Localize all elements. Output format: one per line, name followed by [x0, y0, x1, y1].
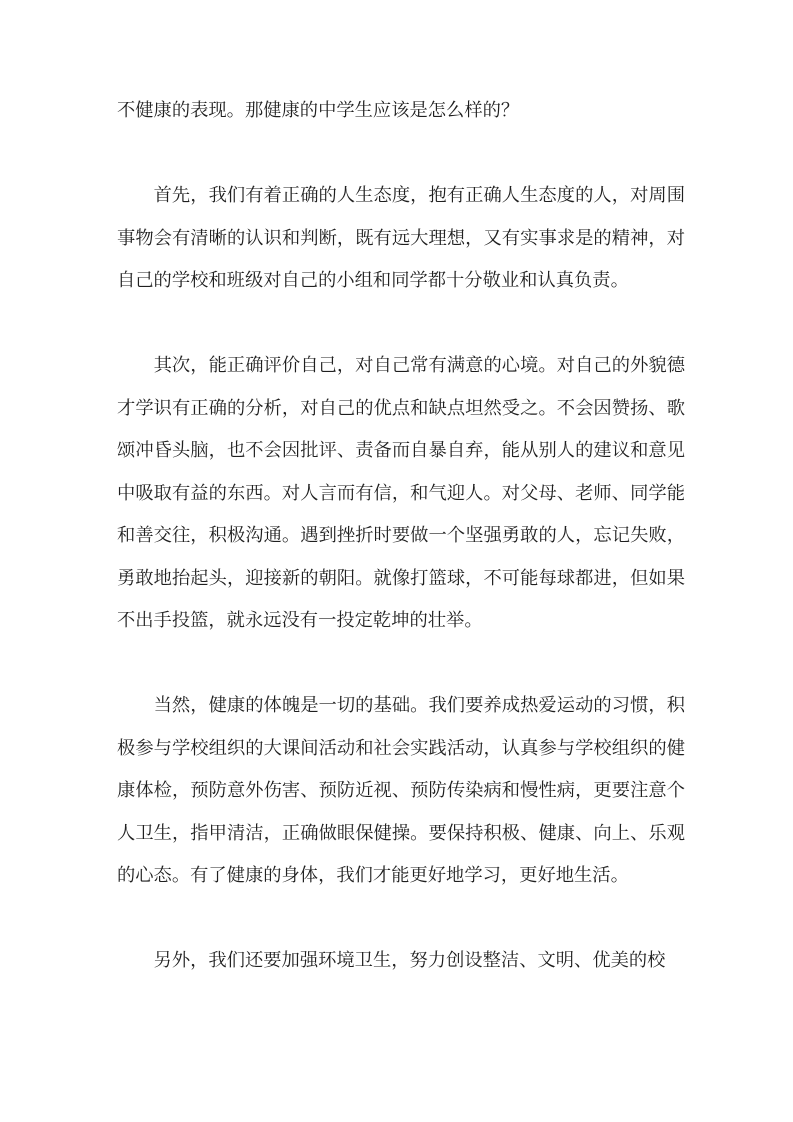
paragraph-third: 当然，健康的体魄是一切的基础。我们要养成热爱运动的习惯，积极参与学校组织的大课间… [117, 685, 685, 898]
paragraph-continuation: 不健康的表现。那健康的中学生应该是怎么样的？ [117, 90, 685, 133]
paragraph-fourth-cutoff: 另外，我们还要加强环境卫生，努力创设整洁、文明、优美的校 [117, 940, 685, 983]
document-page: 不健康的表现。那健康的中学生应该是怎么样的？ 首先，我们有着正确的人生态度，抱有… [0, 0, 793, 1122]
text-content: 不健康的表现。那健康的中学生应该是怎么样的？ 首先，我们有着正确的人生态度，抱有… [117, 90, 685, 983]
paragraph-second: 其次，能正确评价自己，对自己常有满意的心境。对自己的外貌德才学识有正确的分析，对… [117, 345, 685, 643]
paragraph-first: 首先，我们有着正确的人生态度，抱有正确人生态度的人，对周围事物会有清晰的认识和判… [117, 175, 685, 303]
